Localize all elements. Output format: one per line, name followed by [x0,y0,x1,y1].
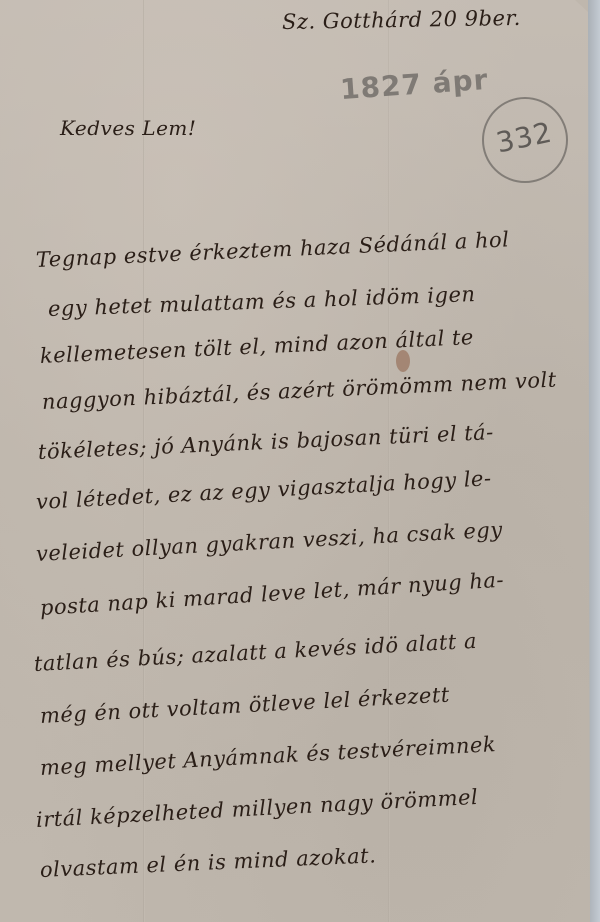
pencil-archive-note: 1827 ápr [339,63,489,106]
body-line: vol létedet, ez az egy vigasztalja hogy … [35,466,492,514]
body-line: naggyon hibáztál, és azért örömömm nem v… [41,368,557,414]
body-line: tökéletes; jó Anyánk is bajosan türi el … [37,420,494,464]
body-line: veleidet ollyan gyakran veszi, ha csak e… [35,518,503,566]
body-line: olvastam el én is mind azokat. [39,843,376,882]
letter-scan: Sz. Gotthárd 20 9ber. 1827 ápr 332 Kedve… [0,0,600,922]
body-line: egy hetet mulattam és a hol idöm igen [48,282,476,321]
body-line: meg mellyet Anyámnak és testvéreimnek [39,732,496,780]
scanner-backdrop [588,0,600,922]
body-line: irtál képzelheted millyen nagy örömmel [35,785,478,832]
dateline: Sz. Gotthárd 20 9ber. [282,6,521,34]
ink-stain [396,350,410,372]
body-line: posta nap ki marad leve let, már nyug ha… [39,568,504,620]
body-line: tatlan és bús; azalatt a kevés idö alatt… [33,629,477,676]
paper-sheet: Sz. Gotthárd 20 9ber. 1827 ápr 332 Kedve… [0,0,590,922]
body-line: Tegnap estve érkeztem haza Sédánál a hol [35,227,509,272]
salutation: Kedves Lem! [60,116,196,140]
fold-line [388,0,390,922]
